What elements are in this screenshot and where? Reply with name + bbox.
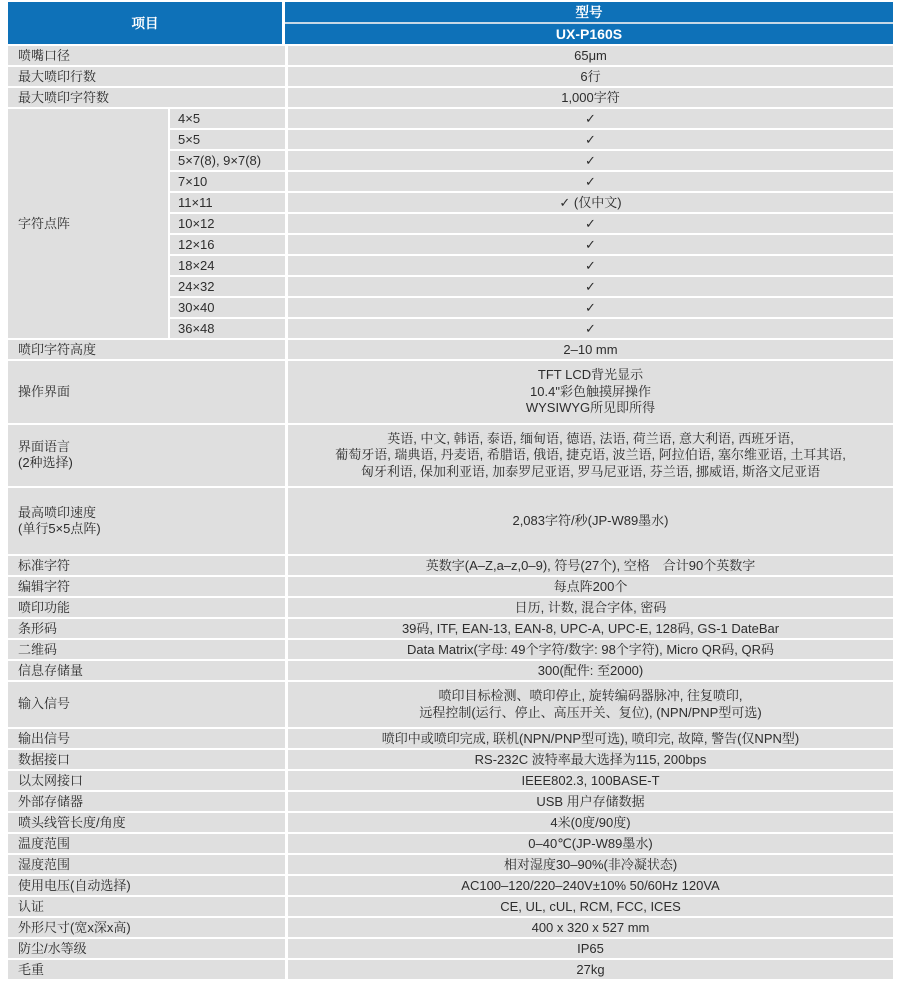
row-label: 认证 xyxy=(8,897,285,918)
spec-row: 二维码Data Matrix(字母: 49个字符/数字: 98个字符), Mic… xyxy=(8,640,893,661)
cell-line: RS-232C 波特率最大选择为115, 200bps xyxy=(475,752,707,767)
row-value: TFT LCD背光显示10.4"彩色触摸屏操作WYSIWYG所见即所得 xyxy=(285,361,893,425)
spec-row: 喷头线管长度/角度4米(0度/90度) xyxy=(8,813,893,834)
cell-line: ✓ xyxy=(585,132,596,147)
cell-line: ✓ xyxy=(585,258,596,273)
row-sublabel: 5×7(8), 9×7(8) xyxy=(168,151,285,172)
row-value: ✓ xyxy=(285,256,893,277)
cell-line: (2种选择) xyxy=(18,455,73,470)
row-sublabel: 4×5 xyxy=(168,109,285,130)
spec-row: 最高喷印速度(单行5×5点阵)2,083字符/秒(JP-W89墨水) xyxy=(8,488,893,556)
row-value: 27kg xyxy=(285,960,893,981)
row-label: 以太网接口 xyxy=(8,771,285,792)
spec-row: 数据接口RS-232C 波特率最大选择为115, 200bps xyxy=(8,750,893,771)
cell-line: 操作界面 xyxy=(18,384,70,399)
cell-line: 400 x 320 x 527 mm xyxy=(532,920,650,935)
spec-table: 项目 型号 UX-P160S 喷嘴口径65μm最大喷印行数6行最大喷印字符数1,… xyxy=(8,2,893,981)
cell-line: 18×24 xyxy=(178,258,215,273)
row-value: 2,083字符/秒(JP-W89墨水) xyxy=(285,488,893,556)
cell-line: USB 用户存储数据 xyxy=(536,794,644,809)
spec-row: 防尘/水等级IP65 xyxy=(8,939,893,960)
cell-line: 36×48 xyxy=(178,321,215,336)
cell-line: 日历, 计数, 混合字体, 密码 xyxy=(515,600,667,615)
cell-line: ✓ xyxy=(585,111,596,126)
row-sublabel: 18×24 xyxy=(168,256,285,277)
spec-row: 输入信号喷印目标检测、喷印停止, 旋转编码器脉冲, 往复喷印,远程控制(运行、停… xyxy=(8,682,893,729)
model-header-cell: 型号 xyxy=(285,2,893,24)
cell-line: 匈牙利语, 保加利亚语, 加泰罗尼亚语, 罗马尼亚语, 芬兰语, 挪威语, 斯洛… xyxy=(361,464,820,479)
cell-line: 认证 xyxy=(18,899,44,914)
row-label: 外部存储器 xyxy=(8,792,285,813)
cell-line: AC100–120/220–240V±10% 50/60Hz 120VA xyxy=(461,878,719,893)
spec-table-body: 喷嘴口径65μm最大喷印行数6行最大喷印字符数1,000字符字符点阵4×5✓5×… xyxy=(8,46,893,981)
cell-line: 0–40℃(JP-W89墨水) xyxy=(528,836,652,851)
cell-line: 喷印中或喷印完成, 联机(NPN/PNP型可选), 喷印完, 故障, 警告(仅N… xyxy=(382,731,799,746)
item-header-cell: 项目 xyxy=(8,2,285,46)
row-label: 界面语言(2种选择) xyxy=(8,425,285,489)
cell-line: CE, UL, cUL, RCM, FCC, ICES xyxy=(500,899,681,914)
row-label: 温度范围 xyxy=(8,834,285,855)
cell-line: 最高喷印速度 xyxy=(18,505,96,520)
cell-line: 65μm xyxy=(574,48,607,63)
cell-line: ✓ xyxy=(585,153,596,168)
row-value: 6行 xyxy=(285,67,893,88)
row-sublabel: 36×48 xyxy=(168,319,285,340)
cell-line: 以太网接口 xyxy=(18,773,83,788)
row-value: 2–10 mm xyxy=(285,340,893,361)
row-value: ✓ xyxy=(285,214,893,235)
row-value: RS-232C 波特率最大选择为115, 200bps xyxy=(285,750,893,771)
spec-row: 湿度范围相对湿度30–90%(非冷凝状态) xyxy=(8,855,893,876)
row-sublabel: 10×12 xyxy=(168,214,285,235)
cell-line: 喷印目标检测、喷印停止, 旋转编码器脉冲, 往复喷印, xyxy=(438,688,742,703)
spec-row: 外形尺寸(宽x深x高)400 x 320 x 527 mm xyxy=(8,918,893,939)
row-value: ✓ xyxy=(285,298,893,319)
cell-line: 外部存储器 xyxy=(18,794,83,809)
cell-line: 温度范围 xyxy=(18,836,70,851)
row-label: 数据接口 xyxy=(8,750,285,771)
row-value: IP65 xyxy=(285,939,893,960)
cell-line: ✓ xyxy=(585,279,596,294)
row-value: ✓ xyxy=(285,151,893,172)
spec-row: 最大喷印行数6行 xyxy=(8,67,893,88)
cell-line: 24×32 xyxy=(178,279,215,294)
spec-row: 认证CE, UL, cUL, RCM, FCC, ICES xyxy=(8,897,893,918)
header-row-1: 项目 型号 xyxy=(8,2,893,24)
spec-row: 信息存储量300(配件: 至2000) xyxy=(8,661,893,682)
row-value: 英数字(A–Z,a–z,0–9), 符号(27个), 空格 合计90个英数字 xyxy=(285,556,893,577)
row-label: 二维码 xyxy=(8,640,285,661)
cell-line: 6行 xyxy=(580,69,600,84)
cell-line: 标准字符 xyxy=(18,558,70,573)
cell-line: 喷头线管长度/角度 xyxy=(18,815,126,830)
cell-line: 5×7(8), 9×7(8) xyxy=(178,153,261,168)
cell-line: ✓ xyxy=(585,174,596,189)
row-value: 英语, 中文, 韩语, 泰语, 缅甸语, 德语, 法语, 荷兰语, 意大利语, … xyxy=(285,425,893,489)
cell-line: IEEE802.3, 100BASE-T xyxy=(521,773,659,788)
row-group-label: 字符点阵 xyxy=(8,109,168,340)
cell-line: 300(配件: 至2000) xyxy=(538,663,644,678)
cell-line: 信息存储量 xyxy=(18,663,83,678)
row-sublabel: 24×32 xyxy=(168,277,285,298)
row-value: USB 用户存储数据 xyxy=(285,792,893,813)
model-value-cell: UX-P160S xyxy=(285,24,893,46)
cell-line: 2,083字符/秒(JP-W89墨水) xyxy=(512,513,668,528)
row-label: 湿度范围 xyxy=(8,855,285,876)
row-sublabel: 12×16 xyxy=(168,235,285,256)
spec-row: 以太网接口IEEE802.3, 100BASE-T xyxy=(8,771,893,792)
spec-row: 最大喷印字符数1,000字符 xyxy=(8,88,893,109)
row-value: ✓ xyxy=(285,319,893,340)
cell-line: IP65 xyxy=(577,941,604,956)
row-sublabel: 30×40 xyxy=(168,298,285,319)
row-value: 400 x 320 x 527 mm xyxy=(285,918,893,939)
cell-line: 输出信号 xyxy=(18,731,70,746)
row-sublabel: 5×5 xyxy=(168,130,285,151)
cell-line: 英数字(A–Z,a–z,0–9), 符号(27个), 空格 合计90个英数字 xyxy=(426,558,755,573)
cell-line: ✓ xyxy=(585,216,596,231)
row-value: IEEE802.3, 100BASE-T xyxy=(285,771,893,792)
spec-row: 编辑字符每点阵200个 xyxy=(8,577,893,598)
cell-line: 二维码 xyxy=(18,642,57,657)
cell-line: ✓ xyxy=(585,300,596,315)
row-label: 最高喷印速度(单行5×5点阵) xyxy=(8,488,285,556)
cell-line: 相对湿度30–90%(非冷凝状态) xyxy=(504,857,677,872)
row-label: 信息存储量 xyxy=(8,661,285,682)
row-value: ✓ (仅中文) xyxy=(285,193,893,214)
row-label: 外形尺寸(宽x深x高) xyxy=(8,918,285,939)
cell-line: 10.4"彩色触摸屏操作 xyxy=(530,384,651,399)
cell-line: 4米(0度/90度) xyxy=(550,815,630,830)
row-value: ✓ xyxy=(285,172,893,193)
row-label: 输入信号 xyxy=(8,682,285,729)
row-value: 喷印目标检测、喷印停止, 旋转编码器脉冲, 往复喷印,远程控制(运行、停止、高压… xyxy=(285,682,893,729)
row-value: 39码, ITF, EAN-13, EAN-8, UPC-A, UPC-E, 1… xyxy=(285,619,893,640)
cell-line: 最大喷印字符数 xyxy=(18,90,109,105)
row-value: ✓ xyxy=(285,277,893,298)
row-value: 65μm xyxy=(285,46,893,67)
cell-line: 1,000字符 xyxy=(561,90,620,105)
row-label: 操作界面 xyxy=(8,361,285,425)
spec-row: 条形码39码, ITF, EAN-13, EAN-8, UPC-A, UPC-E… xyxy=(8,619,893,640)
cell-line: 39码, ITF, EAN-13, EAN-8, UPC-A, UPC-E, 1… xyxy=(402,621,779,636)
cell-line: 防尘/水等级 xyxy=(18,941,87,956)
cell-line: 使用电压(自动选择) xyxy=(18,878,131,893)
cell-line: Data Matrix(字母: 49个字符/数字: 98个字符), Micro … xyxy=(407,642,774,657)
row-label: 喷印字符高度 xyxy=(8,340,285,361)
spec-row: 喷印功能日历, 计数, 混合字体, 密码 xyxy=(8,598,893,619)
row-value: 300(配件: 至2000) xyxy=(285,661,893,682)
cell-line: 编辑字符 xyxy=(18,579,70,594)
cell-line: TFT LCD背光显示 xyxy=(538,367,643,382)
cell-line: 输入信号 xyxy=(18,696,70,711)
cell-line: ✓ xyxy=(585,321,596,336)
spec-sub-row: 字符点阵4×5✓ xyxy=(8,109,893,130)
spec-row: 操作界面TFT LCD背光显示10.4"彩色触摸屏操作WYSIWYG所见即所得 xyxy=(8,361,893,425)
cell-line: 喷嘴口径 xyxy=(18,48,70,63)
cell-line: 条形码 xyxy=(18,621,57,636)
cell-line: 湿度范围 xyxy=(18,857,70,872)
row-value: ✓ xyxy=(285,130,893,151)
row-value: 喷印中或喷印完成, 联机(NPN/PNP型可选), 喷印完, 故障, 警告(仅N… xyxy=(285,729,893,750)
cell-line: 最大喷印行数 xyxy=(18,69,96,84)
cell-line: 外形尺寸(宽x深x高) xyxy=(18,920,131,935)
cell-line: 11×11 xyxy=(178,195,213,210)
cell-line: 喷印功能 xyxy=(18,600,70,615)
cell-line: 数据接口 xyxy=(18,752,70,767)
cell-line: 喷印字符高度 xyxy=(18,342,96,357)
spec-row: 界面语言(2种选择)英语, 中文, 韩语, 泰语, 缅甸语, 德语, 法语, 荷… xyxy=(8,425,893,489)
row-value: ✓ xyxy=(285,109,893,130)
spec-row: 喷嘴口径65μm xyxy=(8,46,893,67)
spec-row: 毛重27kg xyxy=(8,960,893,981)
row-value: 相对湿度30–90%(非冷凝状态) xyxy=(285,855,893,876)
cell-line: 5×5 xyxy=(178,132,200,147)
row-label: 喷头线管长度/角度 xyxy=(8,813,285,834)
row-value: 日历, 计数, 混合字体, 密码 xyxy=(285,598,893,619)
row-label: 毛重 xyxy=(8,960,285,981)
cell-line: 12×16 xyxy=(178,237,215,252)
row-label: 喷嘴口径 xyxy=(8,46,285,67)
spec-row: 外部存储器USB 用户存储数据 xyxy=(8,792,893,813)
cell-line: 英语, 中文, 韩语, 泰语, 缅甸语, 德语, 法语, 荷兰语, 意大利语, … xyxy=(387,431,794,446)
cell-line: 10×12 xyxy=(178,216,215,231)
spec-row: 使用电压(自动选择)AC100–120/220–240V±10% 50/60Hz… xyxy=(8,876,893,897)
row-label: 条形码 xyxy=(8,619,285,640)
cell-line: 每点阵200个 xyxy=(554,579,628,594)
cell-line: 4×5 xyxy=(178,111,200,126)
row-label: 输出信号 xyxy=(8,729,285,750)
cell-line: 界面语言 xyxy=(18,439,70,454)
cell-line: 毛重 xyxy=(18,962,44,977)
cell-line: 字符点阵 xyxy=(18,216,70,231)
row-label: 使用电压(自动选择) xyxy=(8,876,285,897)
row-value: CE, UL, cUL, RCM, FCC, ICES xyxy=(285,897,893,918)
row-value: 每点阵200个 xyxy=(285,577,893,598)
cell-line: 30×40 xyxy=(178,300,215,315)
row-label: 最大喷印行数 xyxy=(8,67,285,88)
spec-page: 项目 型号 UX-P160S 喷嘴口径65μm最大喷印行数6行最大喷印字符数1,… xyxy=(0,0,900,974)
row-sublabel: 11×11 xyxy=(168,193,285,214)
row-label: 标准字符 xyxy=(8,556,285,577)
row-value: 1,000字符 xyxy=(285,88,893,109)
row-label: 编辑字符 xyxy=(8,577,285,598)
cell-line: 7×10 xyxy=(178,174,207,189)
row-label: 防尘/水等级 xyxy=(8,939,285,960)
row-value: AC100–120/220–240V±10% 50/60Hz 120VA xyxy=(285,876,893,897)
cell-line: (单行5×5点阵) xyxy=(18,521,101,536)
cell-line: 27kg xyxy=(576,962,604,977)
row-label: 喷印功能 xyxy=(8,598,285,619)
row-value: ✓ xyxy=(285,235,893,256)
spec-table-header: 项目 型号 UX-P160S xyxy=(8,2,893,46)
spec-row: 温度范围0–40℃(JP-W89墨水) xyxy=(8,834,893,855)
cell-line: 2–10 mm xyxy=(563,342,617,357)
cell-line: 远程控制(运行、停止、高压开关、复位), (NPN/PNP型可选) xyxy=(419,705,761,720)
cell-line: WYSIWYG所见即所得 xyxy=(526,400,655,415)
spec-row: 输出信号喷印中或喷印完成, 联机(NPN/PNP型可选), 喷印完, 故障, 警… xyxy=(8,729,893,750)
row-sublabel: 7×10 xyxy=(168,172,285,193)
row-value: 0–40℃(JP-W89墨水) xyxy=(285,834,893,855)
cell-line: 葡萄牙语, 瑞典语, 丹麦语, 希腊语, 俄语, 捷克语, 波兰语, 阿拉伯语,… xyxy=(335,447,846,462)
spec-row: 喷印字符高度2–10 mm xyxy=(8,340,893,361)
cell-line: ✓ (仅中文) xyxy=(559,195,621,210)
row-value: 4米(0度/90度) xyxy=(285,813,893,834)
spec-row: 标准字符英数字(A–Z,a–z,0–9), 符号(27个), 空格 合计90个英… xyxy=(8,556,893,577)
row-value: Data Matrix(字母: 49个字符/数字: 98个字符), Micro … xyxy=(285,640,893,661)
cell-line: ✓ xyxy=(585,237,596,252)
row-label: 最大喷印字符数 xyxy=(8,88,285,109)
